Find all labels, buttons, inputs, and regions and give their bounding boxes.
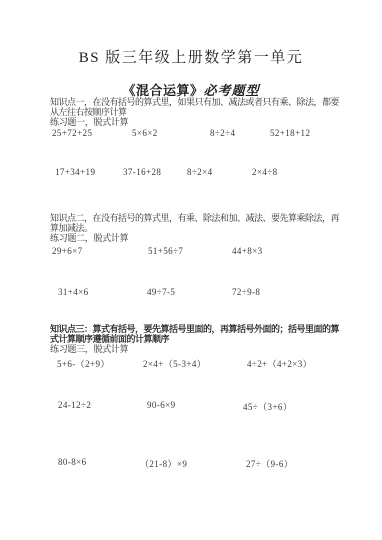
math-expression: 2×4÷8 xyxy=(252,167,278,177)
subtitle-type-label: 必考题型 xyxy=(204,83,260,98)
math-expression: 45÷（3+6） xyxy=(243,400,292,413)
math-expression: 5×6×2 xyxy=(132,128,158,138)
math-expression: 24-12÷2 xyxy=(58,400,91,410)
math-expression: 31+4×6 xyxy=(58,287,89,297)
math-expression: 8÷2÷4 xyxy=(210,128,235,138)
math-expression: 44+8×3 xyxy=(232,246,263,256)
knowledge-point-2-line-1: 知识点二，在没有括号的算式里，有乘、除法和加、减法、要先算乘除法，再 xyxy=(50,213,350,223)
math-expression: 37-16+28 xyxy=(123,167,161,177)
knowledge-point-3-line-1: 知识点三：算式有括号，要先算括号里面的，再算括号外面的；括号里面的算 xyxy=(50,324,350,334)
practice-label-3: 练习题三，脱式计算 xyxy=(50,344,128,354)
math-expression: 2×4+（5-3+4） xyxy=(143,357,206,370)
knowledge-point-3-line-2: 式计算顺序遵循前面的计算顺序 xyxy=(50,334,350,344)
math-expression: 17+34+19 xyxy=(55,167,95,177)
math-expression: 51+56÷7 xyxy=(148,246,183,256)
practice-label-2: 练习题二，脱式计算 xyxy=(50,233,128,243)
knowledge-point-1-line-1: 知识点一，在没有括号的算式里，如果只有加、减法或者只有乘、除法，都要 xyxy=(50,97,350,107)
math-expression: 80-8×6 xyxy=(58,457,86,467)
math-expression: 27÷（9-6） xyxy=(246,457,293,470)
math-expression: 72÷9-8 xyxy=(232,287,260,297)
knowledge-point-2-line-2: 算加减法。 xyxy=(50,223,350,233)
subtitle-book-name: 《混合运算》 xyxy=(122,83,203,98)
math-expression: 29+6×7 xyxy=(52,246,83,256)
math-expression: 8÷2×4 xyxy=(187,167,213,177)
knowledge-point-1-line-2: 从左往右按顺序计算 xyxy=(50,107,350,117)
math-expression: 4÷2+（4+2×3） xyxy=(247,357,312,370)
worksheet-page: BS 版三年级上册数学第一单元 《混合运算》必考题型 知识点一，在没有括号的算式… xyxy=(0,0,382,540)
practice-label-1: 练习题一，脱式计算 xyxy=(50,117,128,127)
math-expression: 90-6×9 xyxy=(147,400,175,410)
math-expression: （21-8）×9 xyxy=(140,457,187,470)
math-expression: 25+72+25 xyxy=(52,128,92,138)
math-expression: 49÷7-5 xyxy=(147,287,175,297)
math-expression: 5+6-（2+9） xyxy=(57,357,110,370)
math-expression: 52+18+12 xyxy=(270,128,310,138)
page-title: BS 版三年级上册数学第一单元 xyxy=(0,46,382,67)
